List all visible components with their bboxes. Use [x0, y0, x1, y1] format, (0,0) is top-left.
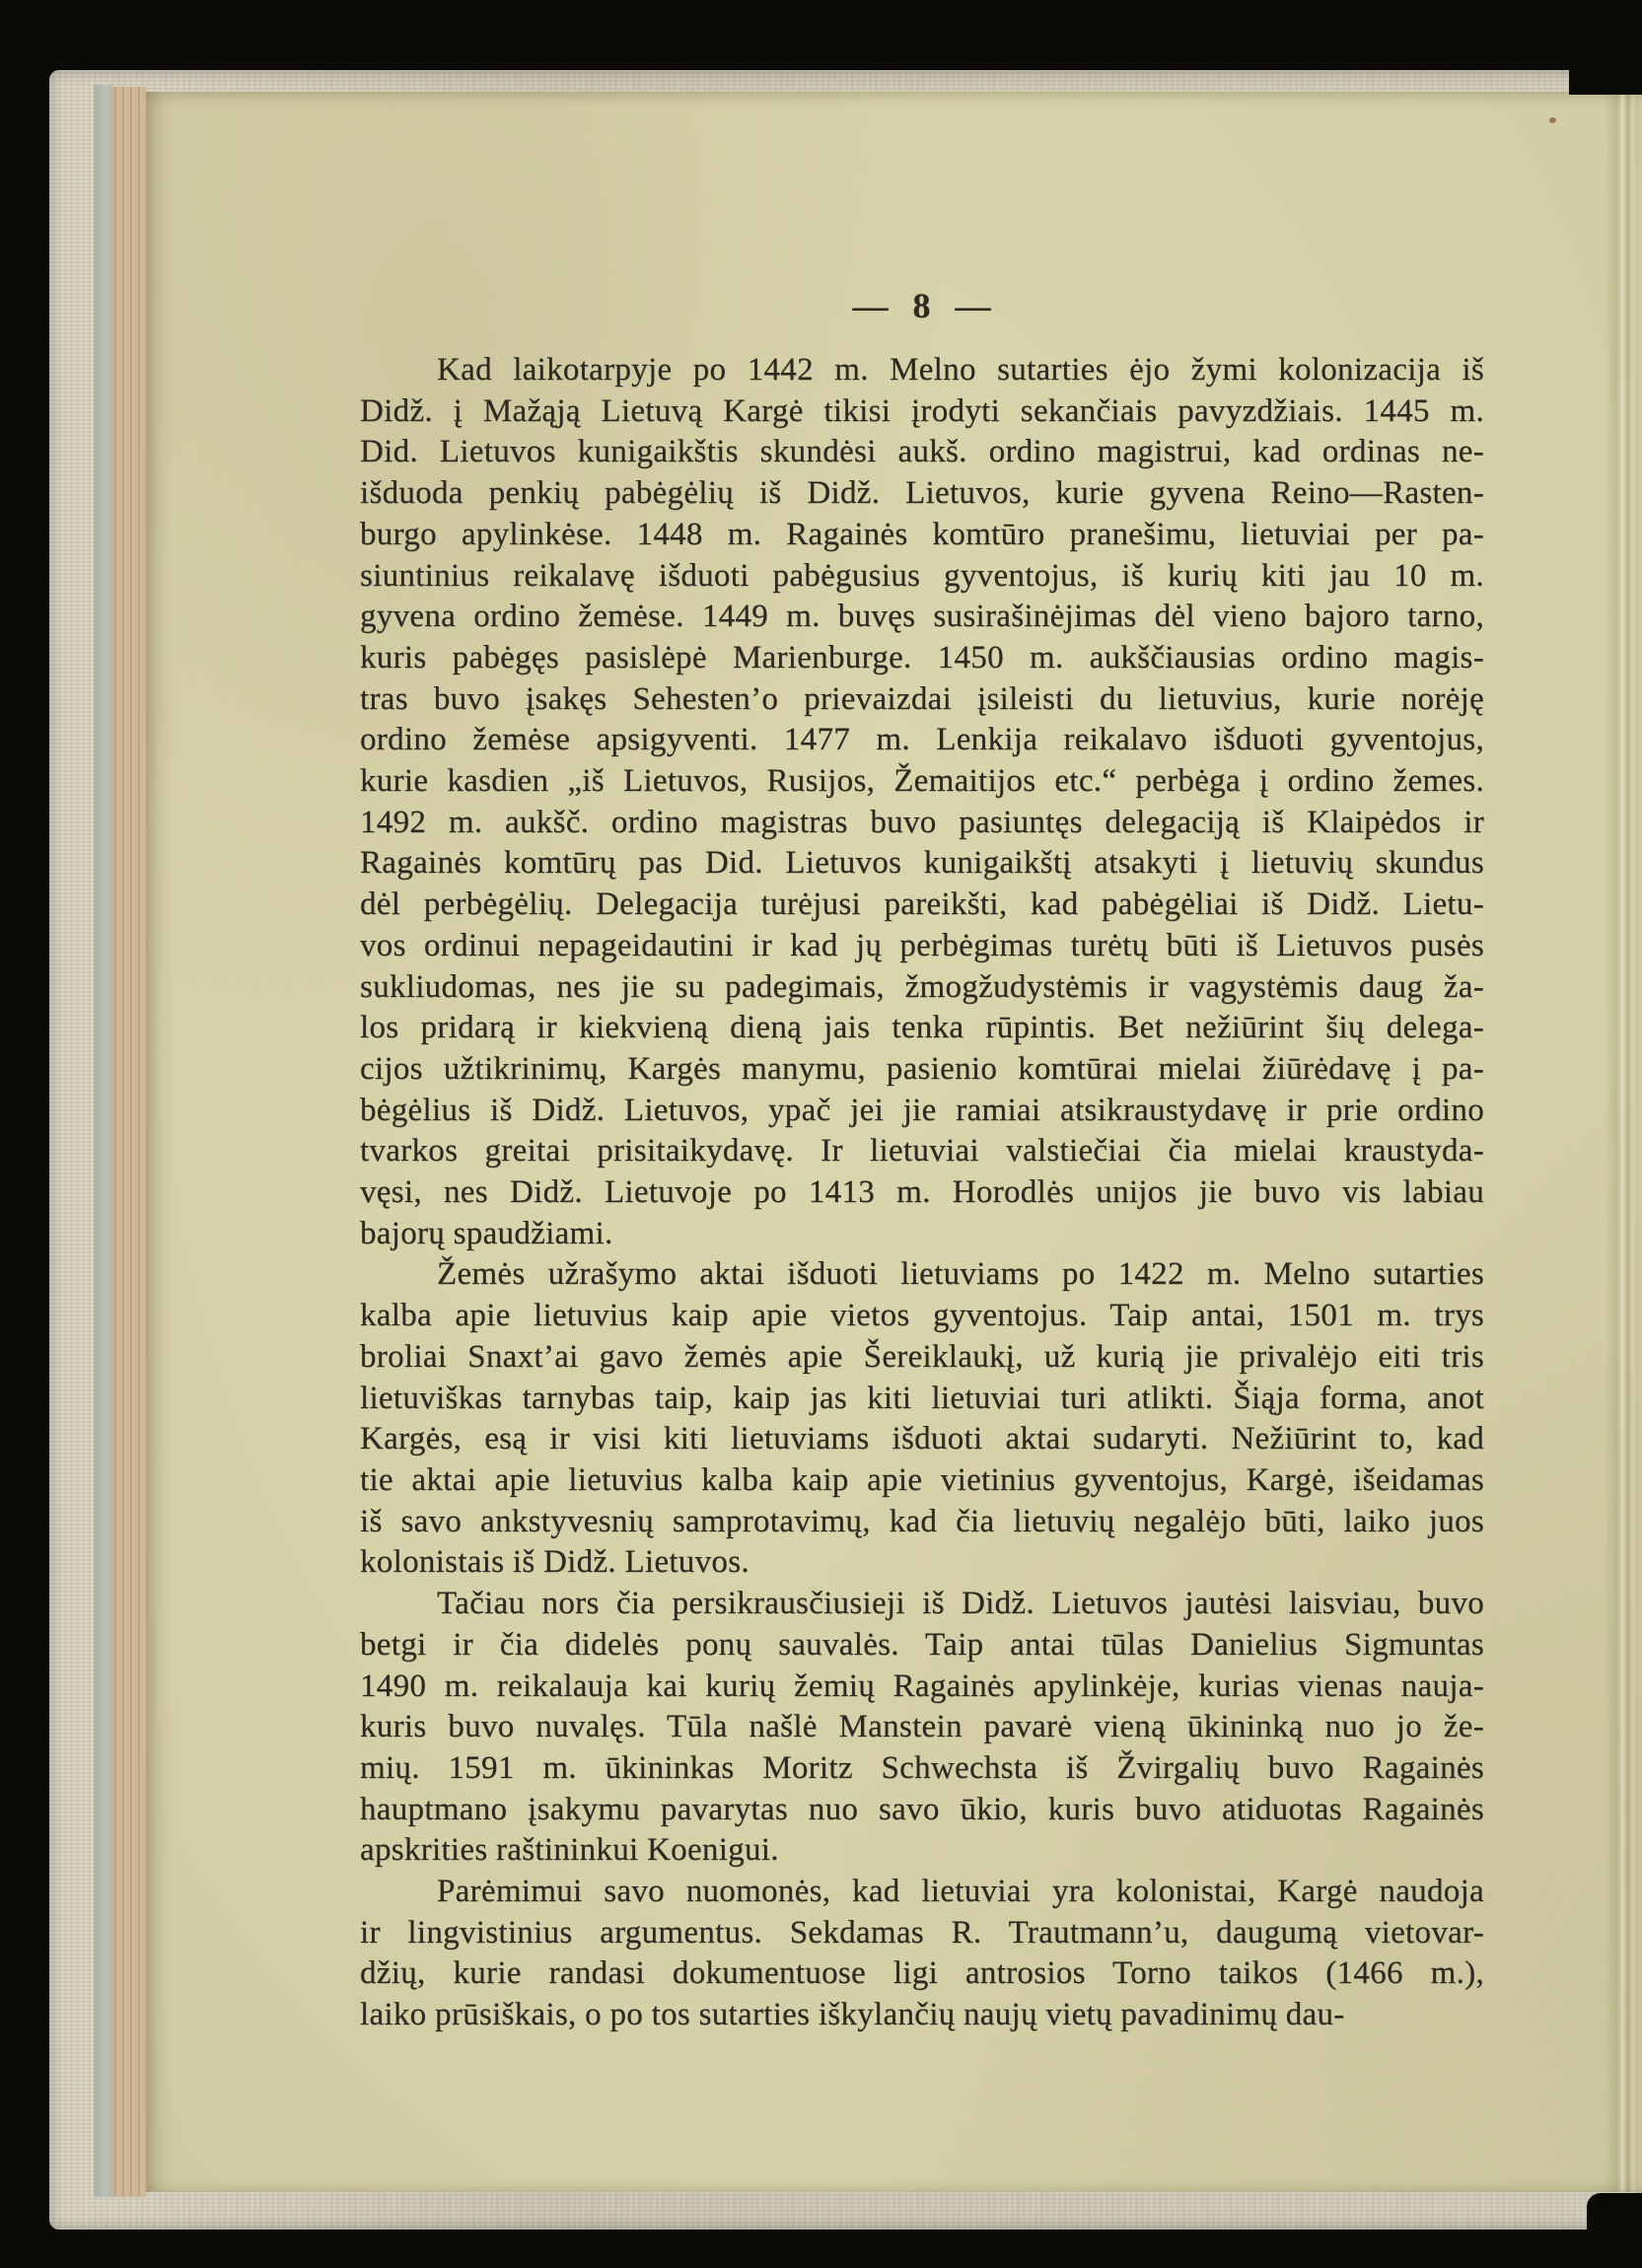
paper-speck	[1549, 117, 1556, 123]
text-line: iš savo ankstyvesnių samprotavimų, kad č…	[360, 1502, 1484, 1543]
text-line: tvarkos greitai prisitaikydavę. Ir lietu…	[360, 1131, 1484, 1172]
text-line: tie aktai apie lietuvius kalba kaip apie…	[360, 1460, 1484, 1502]
text-line: kuris buvo nuvalęs. Tūla našlė Manstein …	[360, 1707, 1484, 1748]
text-line: bėgėlius iš Didž. Lietuvos, ypač jei jie…	[360, 1091, 1484, 1132]
text-line: gyvena ordino žemėse. 1449 m. buvęs susi…	[360, 597, 1484, 638]
text-line: kalba apie lietuvius kaip apie vietos gy…	[360, 1296, 1484, 1337]
page-number: — 8 —	[360, 285, 1484, 326]
background-corner-bottom-right	[1587, 2193, 1642, 2268]
text-line: 1492 m. aukšč. ordino magistras buvo pas…	[360, 803, 1484, 844]
text-line: mių. 1591 m. ūkininkas Moritz Schwechsta…	[360, 1748, 1484, 1790]
text-line: burgo apylinkėse. 1448 m. Ragainės komtū…	[360, 515, 1484, 556]
page-edge-fold	[1605, 92, 1638, 2192]
text-line: cijos užtikrinimų, Kargės manymu, pasien…	[360, 1049, 1484, 1091]
text-line: dėl perbėgėlių. Delegacija turėjusi pare…	[360, 885, 1484, 926]
book-page: — 8 — Kad laikotarpyje po 1442 m. Melno …	[146, 92, 1642, 2192]
text-line: džių, kurie randasi dokumentuose ligi an…	[360, 1953, 1484, 1995]
text-line: Tačiau nors čia persikrausčiusieji iš Di…	[360, 1584, 1484, 1625]
text-line: hauptmano įsakymu pavarytas nuo savo ūki…	[360, 1790, 1484, 1831]
text-line: 1490 m. reikalauja kai kurių žemių Ragai…	[360, 1666, 1484, 1708]
text-line: tras buvo įsakęs Sehesten’o prievaizdai …	[360, 679, 1484, 721]
text-line: vęsi, nes Didž. Lietuvoje po 1413 m. Hor…	[360, 1172, 1484, 1214]
text-line: Kargės, esą ir visi kiti lietuviams išdu…	[360, 1419, 1484, 1460]
text-line: Did. Lietuvos kunigaikštis skundėsi aukš…	[360, 432, 1484, 473]
text-block: Kad laikotarpyje po 1442 m. Melno sutart…	[360, 350, 1484, 2036]
text-line: sukliudomas, nes jie su padegimais, žmog…	[360, 967, 1484, 1009]
text-line: apskrities raštininkui Koenigui.	[360, 1830, 1484, 1872]
text-line: kurie kasdien „iš Lietuvos, Rusijos, Žem…	[360, 761, 1484, 803]
scan-photo: — 8 — Kad laikotarpyje po 1442 m. Melno …	[0, 0, 1642, 2268]
text-line: lietuviškas tarnybas taip, kaip jas kiti…	[360, 1379, 1484, 1420]
text-line: ir lingvistinius argumentus. Sekdamas R.…	[360, 1913, 1484, 1954]
text-line: Žemės užrašymo aktai išduoti lietuviams …	[360, 1254, 1484, 1296]
text-line: Kad laikotarpyje po 1442 m. Melno sutart…	[360, 350, 1484, 391]
text-line: išduoda penkių pabėgėlių iš Didž. Lietuv…	[360, 473, 1484, 515]
text-line: vos ordinui nepageidautini ir kad jų per…	[360, 926, 1484, 967]
text-line: betgi ir čia didelės ponų sauvalės. Taip…	[360, 1625, 1484, 1666]
page-edges-endpaper	[94, 85, 111, 2197]
text-line: los pridarą ir kiekvieną dieną jais tenk…	[360, 1008, 1484, 1049]
text-line: ordino žemėse apsigyventi. 1477 m. Lenki…	[360, 720, 1484, 761]
text-line: laiko prūsiškais, o po tos sutarties išk…	[360, 1995, 1484, 2036]
page-edges-stack	[111, 87, 146, 2197]
text-line: bajorų spaudžiami.	[360, 1214, 1484, 1255]
text-line: kolonistais iš Didž. Lietuvos.	[360, 1542, 1484, 1584]
background-corner-top-right	[1569, 0, 1642, 95]
text-line: siuntinius reikalavę išduoti pabėgusius …	[360, 556, 1484, 598]
text-line: broliai Snaxt’ai gavo žemės apie Šereikl…	[360, 1337, 1484, 1379]
text-line: Parėmimui savo nuomonės, kad lietuviai y…	[360, 1872, 1484, 1913]
text-line: kuris pabėgęs pasislėpė Marienburge. 145…	[360, 638, 1484, 679]
text-line: Didž. į Mažąją Lietuvą Kargė tikisi įrod…	[360, 391, 1484, 433]
text-line: Ragainės komtūrų pas Did. Lietuvos kunig…	[360, 843, 1484, 885]
